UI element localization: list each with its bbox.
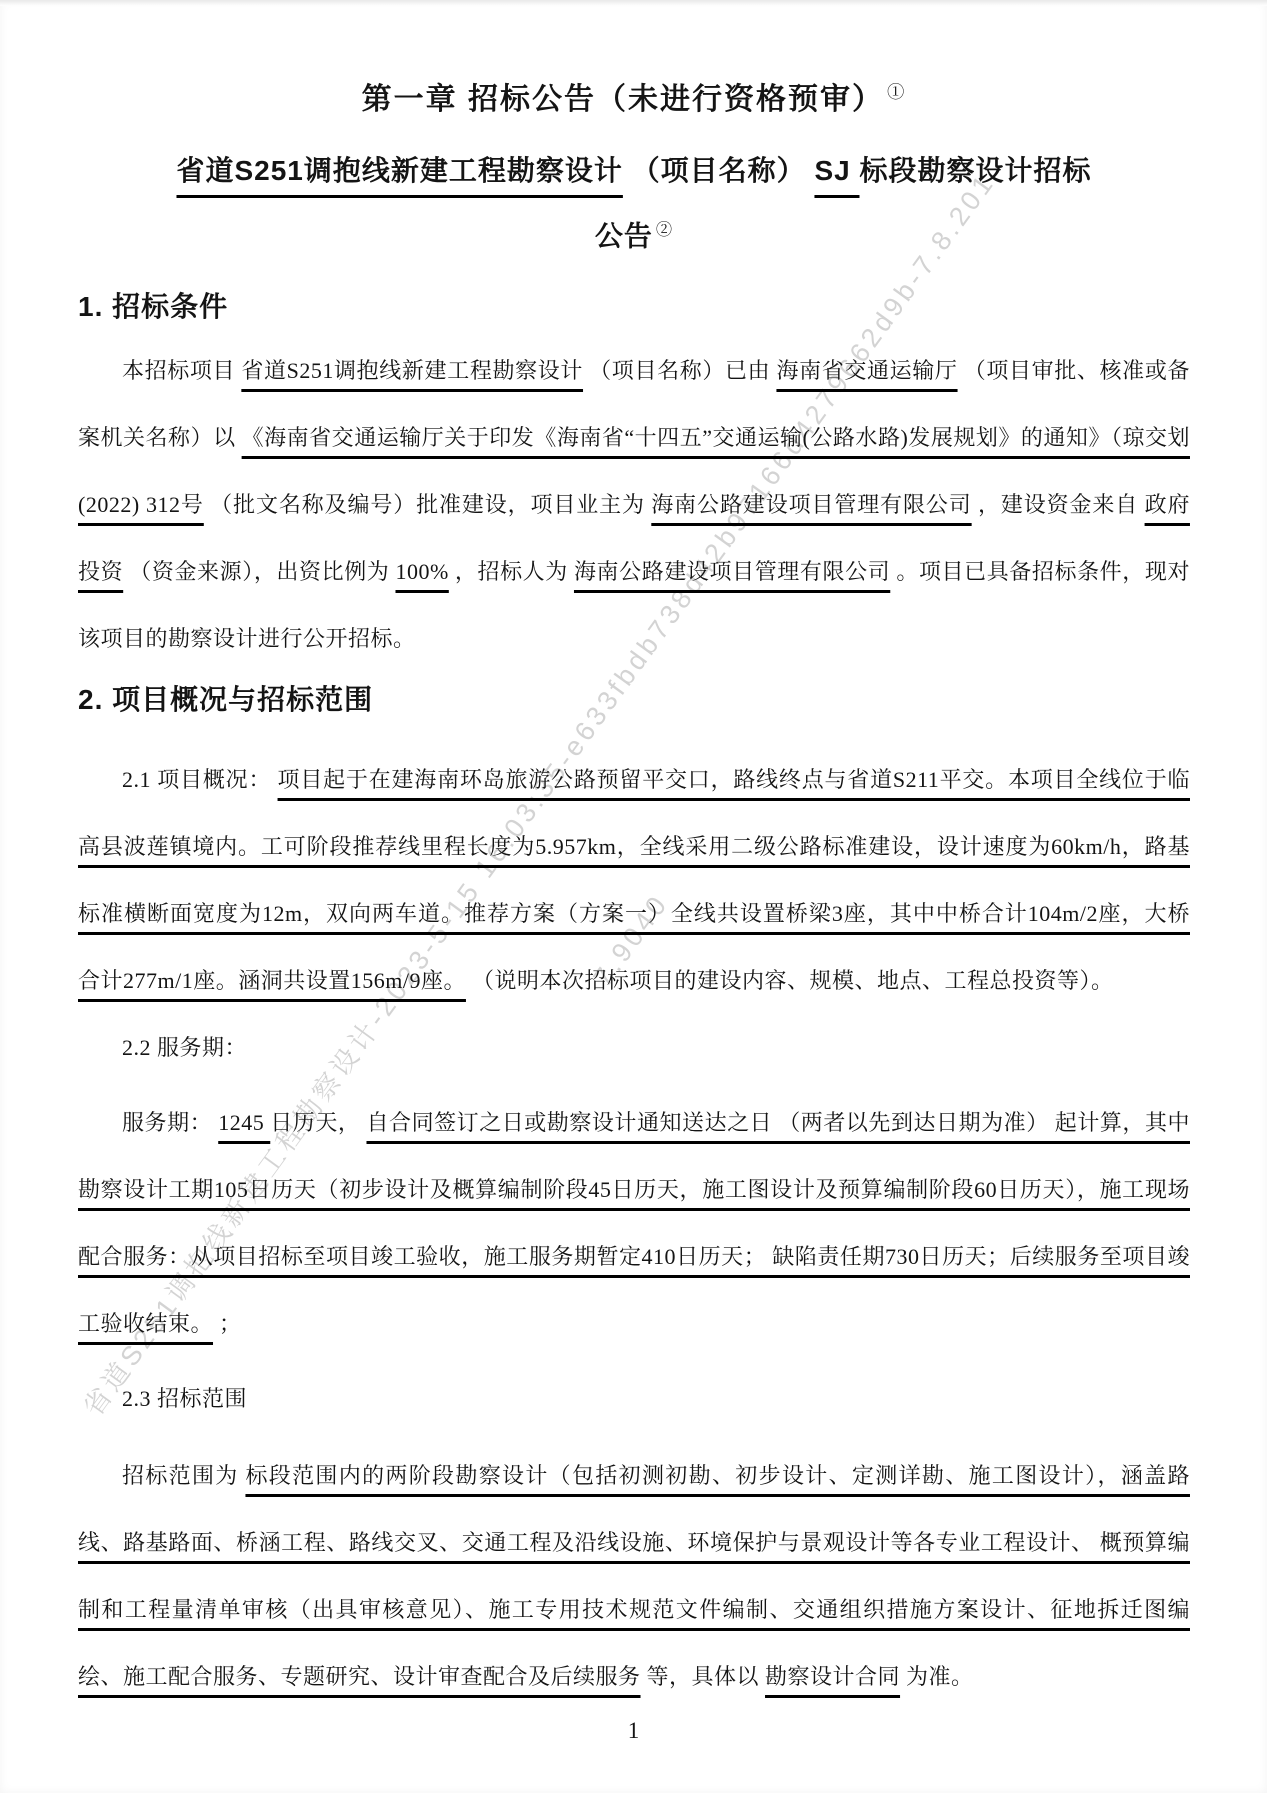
filled-blank-text: 海南省交通运输厅 xyxy=(776,358,957,383)
static-text: （项目名称） xyxy=(623,155,815,186)
static-text: 标段勘察设计招标 xyxy=(859,155,1091,186)
page-number: 1 xyxy=(0,1718,1267,1744)
filled-blank-text: 自合同签订之日或勘察设计通知送达之日 （两者以先到达日期为准） 起计算，其中勘察… xyxy=(78,1110,1190,1336)
filled-blank-text: 海南公路建设项目管理有限公司 xyxy=(651,492,971,517)
static-text: 日历天， xyxy=(270,1110,366,1135)
section-2-3-paragraph: 招标范围为 标段范围内的两阶段勘察设计（包括初测初勘、初步设计、定测详勘、施工图… xyxy=(78,1442,1190,1710)
section-1-heading: 1. 招标条件 xyxy=(78,285,1190,329)
filled-blank-text: 省道S251调抱线新建工程勘察设计 xyxy=(176,155,622,186)
document-page: 省道S251调抱线新建工程勘察设计-2023-5-15 16:03:35-e63… xyxy=(0,0,1267,1793)
filled-blank-text: 100% xyxy=(395,559,448,584)
filled-blank-text: 省道S251调抱线新建工程勘察设计 xyxy=(241,358,583,383)
document-title-line1: 省道S251调抱线新建工程勘察设计 （项目名称） SJ 标段勘察设计招标 xyxy=(78,145,1190,197)
static-text: （资金来源），出资比例为 xyxy=(123,559,395,584)
section-2-3-heading: 2.3 招标范围 xyxy=(78,1365,1190,1432)
static-text: （项目名称）已由 xyxy=(583,358,776,383)
chapter-title-text: 第一章 招标公告（未进行资格预审） xyxy=(362,83,884,116)
section-2-heading: 2. 项目概况与招标范围 xyxy=(78,678,1190,722)
filled-blank-text: 项目起于在建海南环岛旅游公路预留平交口，路线终点与省道S211平交。本项目全线位… xyxy=(78,767,1190,993)
filled-blank-text: 标段范围内的两阶段勘察设计（包括初测初勘、初步设计、定测详勘、施工图设计），涵盖… xyxy=(78,1463,1190,1689)
section-2-2-heading: 2.2 服务期： xyxy=(78,1014,1190,1081)
static-text: ，建设资金来自 xyxy=(972,492,1145,517)
static-text: 服务期： xyxy=(122,1110,218,1135)
filled-blank-text: SJ xyxy=(814,155,859,186)
filled-blank-text: 1245 xyxy=(218,1110,270,1135)
section-1-paragraph: 本招标项目 省道S251调抱线新建工程勘察设计 （项目名称）已由 海南省交通运输… xyxy=(78,337,1190,672)
section-2-1-paragraph: 2.1 项目概况： 项目起于在建海南环岛旅游公路预留平交口，路线终点与省道S21… xyxy=(78,746,1190,1014)
section-2-2-paragraph: 服务期： 1245 日历天， 自合同签订之日或勘察设计通知送达之日 （两者以先到… xyxy=(78,1089,1190,1357)
static-text: （说明本次招标项目的建设内容、规模、地点、工程总投资等）。 xyxy=(466,968,1114,993)
static-text: 为准。 xyxy=(900,1664,974,1689)
footnote-marker-2: ② xyxy=(656,221,673,239)
static-text: 本招标项目 xyxy=(122,358,241,383)
footnote-marker-1: ① xyxy=(887,82,906,102)
static-text: ，招标人为 xyxy=(449,559,574,584)
static-text: 招标范围为 xyxy=(122,1463,245,1488)
static-text: ； xyxy=(213,1311,242,1336)
static-text: 2.1 项目概况： xyxy=(122,767,278,792)
document-title-line2-text: 公告 xyxy=(595,220,653,251)
static-text: （批文名称及编号）批准建设，项目业主为 xyxy=(204,492,652,517)
document-title-line2: 公告② xyxy=(78,207,1190,259)
chapter-title: 第一章 招标公告（未进行资格预审）① xyxy=(78,69,1190,123)
filled-blank-text: 勘察设计合同 xyxy=(765,1664,900,1689)
static-text: 等，具体以 xyxy=(641,1664,766,1689)
filled-blank-text: 海南公路建设项目管理有限公司 xyxy=(574,559,890,584)
